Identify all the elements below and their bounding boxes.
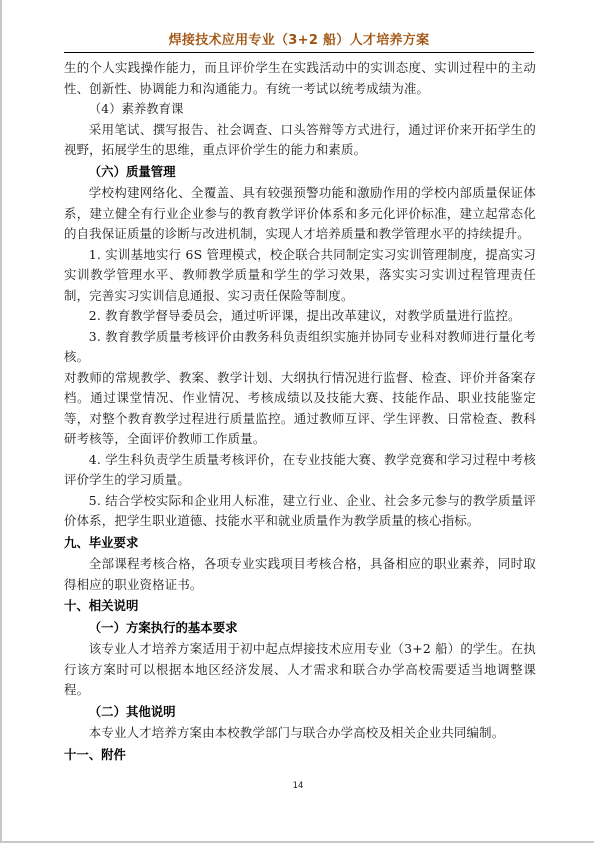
heading-other-notes: （二）其他说明 (64, 702, 536, 723)
quality-item-3: 3. 教育教学质量考核评价由教务科负责组织实施并协同专业科对教师进行量化考核。 (64, 327, 536, 368)
document-page: 焊接技术应用专业（3+2 船）人才培养方案 生的个人实践操作能力，而且评价学生在… (2, 0, 594, 841)
heading-appendix: 十一、附件 (64, 745, 536, 766)
heading-basic-requirements: （一）方案执行的基本要求 (64, 618, 536, 639)
paragraph-continued: 生的个人实践操作能力，而且评价学生在实践活动中的实训态度、实训过程中的主动性、创… (64, 58, 536, 99)
paragraph-quality-intro: 学校构建网络化、全覆盖、具有较强预警功能和激励作用的学校内部质量保证体系，建立健… (64, 183, 536, 245)
quality-item-4: 4. 学生科负责学生质量考核评价，在专业技能大赛、教学竞赛和学习过程中考核评价学… (64, 450, 536, 491)
quality-item-3-detail: 对教师的常规教学、教案、教学计划、大纲执行情况进行监督、检查、评价并备案存档。通… (64, 368, 536, 450)
quality-item-1: 1. 实训基地实行 6S 管理模式，校企联合共同制定实习实训管理制度，提高实习实… (64, 245, 536, 307)
subsection-label-4: （4）素养教育课 (64, 99, 536, 120)
paragraph-graduation: 全部课程考核合格，各项专业实践项目考核合格，具备相应的职业素养，同时取得相应的职… (64, 554, 536, 595)
page-header: 焊接技术应用专业（3+2 船）人才培养方案 (64, 0, 534, 53)
quality-item-5: 5. 结合学校实际和企业用人标准，建立行业、企业、社会多元参与的教学质量评价体系… (64, 491, 536, 532)
page-body: 生的个人实践操作能力，而且评价学生在实践活动中的实训态度、实训过程中的主动性、创… (64, 58, 536, 766)
paragraph-literacy-course: 采用笔试、撰写报告、社会调查、口头答辩等方式进行，通过评价来开拓学生的视野，拓展… (64, 120, 536, 161)
heading-quality-management: （六）质量管理 (64, 162, 536, 183)
header-title: 焊接技术应用专业（3+2 船）人才培养方案 (64, 29, 534, 48)
quality-item-2: 2. 教育教学督导委员会，通过听评课，提出改革建议，对教学质量进行监控。 (64, 306, 536, 327)
page-number: 14 (2, 781, 594, 791)
heading-graduation-requirements: 九、毕业要求 (64, 533, 536, 554)
paragraph-other-notes: 本专业人才培养方案由本校教学部门与联合办学高校及相关企业共同编制。 (64, 723, 536, 744)
paragraph-basic-requirements: 该专业人才培养方案适用于初中起点焊接技术应用专业（3+2 船）的学生。在执行该方… (64, 639, 536, 701)
heading-related-notes: 十、相关说明 (64, 596, 536, 617)
